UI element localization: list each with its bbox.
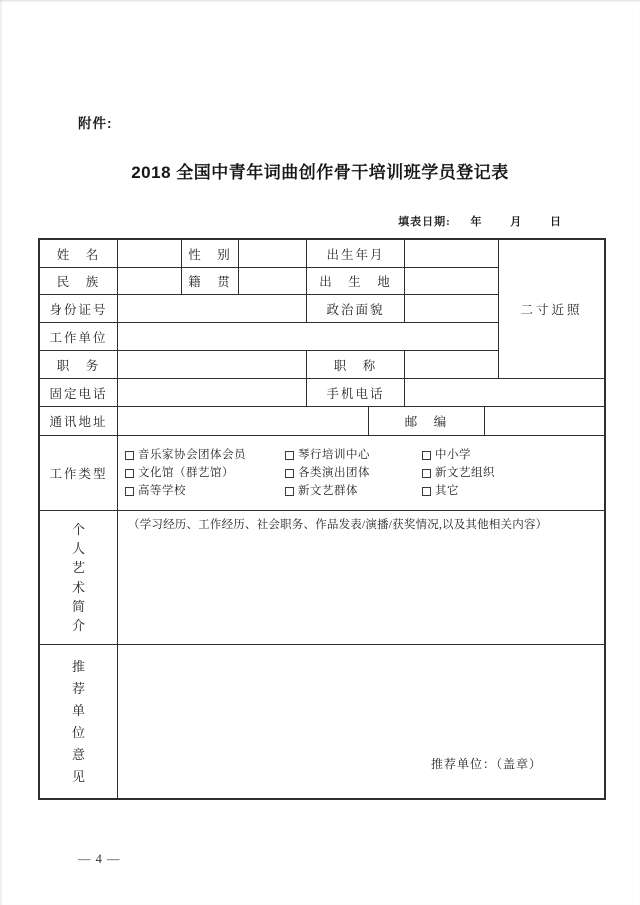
row-name: 姓 名 性 别 出生年月 — [40, 240, 499, 268]
row-id-number: 身份证号 政治面貌 — [40, 295, 499, 323]
address-input-cell[interactable] — [118, 407, 369, 435]
date-day-label: 日 — [550, 216, 562, 228]
work-type-option-label: 音乐家协会团体会员 — [138, 448, 246, 462]
work-type-column-2: 琴行培训中心 各类演出团体 新文艺群体 — [285, 448, 422, 498]
birth-place-input-cell[interactable] — [405, 268, 499, 294]
date-year-label: 年 — [471, 216, 483, 228]
work-type-option-label: 琴行培训中心 — [298, 448, 370, 462]
row-ethnicity: 民 族 籍 贯 出 生 地 — [40, 268, 499, 295]
page-number: — 4 — — [78, 852, 602, 867]
row-art-profile: 个 人 艺 术 简 介 （学习经历、工作经历、社会职务、作品发表/演播/获奖情况… — [40, 511, 604, 645]
form-title: 2018 全国中青年词曲创作骨干培训班学员登记表 — [38, 158, 602, 183]
work-type-label: 工作类型 — [40, 436, 118, 510]
name-input-cell[interactable] — [118, 240, 182, 267]
work-unit-label: 工作单位 — [40, 323, 118, 350]
position-label: 职 务 — [40, 351, 118, 378]
work-type-option[interactable]: 文化馆（群艺馆） — [125, 466, 285, 480]
gender-input-cell[interactable] — [239, 240, 307, 267]
political-status-label: 政治面貌 — [307, 295, 405, 322]
ethnicity-label: 民 族 — [40, 268, 118, 294]
work-type-option-label: 其它 — [435, 484, 459, 498]
vertical-label-char: 人 — [72, 542, 85, 555]
row-phones: 固定电话 手机电话 — [40, 379, 604, 407]
work-type-options-cell: 音乐家协会团体会员 文化馆（群艺馆） 高等学校 琴行培训中心 — [118, 436, 604, 510]
work-type-option[interactable]: 音乐家协会团体会员 — [125, 448, 285, 462]
vertical-label-char: 艺 — [72, 561, 85, 574]
work-type-option-label: 新文艺组织 — [435, 466, 495, 480]
form-date-line: 填表日期: 年 月 日 — [38, 213, 602, 229]
recommendation-label: 推 荐 单 位 意 见 — [40, 645, 118, 798]
birth-place-label: 出 生 地 — [307, 268, 405, 294]
work-type-option[interactable]: 其它 — [422, 484, 572, 498]
mobile-input-cell[interactable] — [405, 379, 604, 406]
vertical-label-char: 意 — [72, 748, 85, 761]
work-type-option[interactable]: 中小学 — [422, 448, 572, 462]
work-type-option[interactable]: 各类演出团体 — [285, 466, 422, 480]
work-type-column-3: 中小学 新文艺组织 其它 — [422, 448, 572, 498]
job-title-label: 职 称 — [307, 351, 405, 378]
native-place-input-cell[interactable] — [239, 268, 307, 294]
birth-date-label: 出生年月 — [307, 240, 405, 267]
work-type-option-label: 各类演出团体 — [298, 466, 370, 480]
work-type-option-label: 高等学校 — [138, 484, 186, 498]
gender-label: 性 别 — [182, 240, 239, 267]
checkbox-icon[interactable] — [422, 451, 431, 460]
ethnicity-input-cell[interactable] — [118, 268, 182, 294]
row-address: 通讯地址 邮 编 — [40, 407, 604, 436]
photo-placeholder-cell: 二寸近照 — [499, 240, 604, 378]
vertical-label-char: 见 — [72, 770, 85, 783]
vertical-label-char: 简 — [72, 600, 85, 613]
landline-label: 固定电话 — [40, 379, 118, 406]
registration-table: 姓 名 性 别 出生年月 民 族 籍 贯 出 生 地 身份证号 — [38, 238, 606, 800]
postcode-label: 邮 编 — [369, 407, 485, 435]
postcode-input-cell[interactable] — [485, 407, 604, 435]
row-position: 职 务 职 称 — [40, 351, 499, 378]
vertical-label-char: 个 — [72, 523, 85, 536]
work-type-option-label: 文化馆（群艺馆） — [138, 466, 234, 480]
work-type-option[interactable]: 新文艺群体 — [285, 484, 422, 498]
vertical-label-char: 介 — [72, 619, 85, 632]
date-label: 填表日期: — [398, 216, 451, 228]
table-top-section: 姓 名 性 别 出生年月 民 族 籍 贯 出 生 地 身份证号 — [40, 240, 604, 379]
work-unit-input-cell[interactable] — [118, 323, 499, 350]
attachment-label: 附件: — [78, 0, 602, 132]
checkbox-icon[interactable] — [422, 469, 431, 478]
work-type-option[interactable]: 新文艺组织 — [422, 466, 572, 480]
checkbox-icon[interactable] — [125, 451, 134, 460]
work-type-option-label: 中小学 — [435, 448, 471, 462]
art-profile-label: 个 人 艺 术 简 介 — [40, 511, 118, 644]
job-title-input-cell[interactable] — [405, 351, 499, 378]
id-number-input-cell[interactable] — [118, 295, 307, 322]
art-profile-input-cell[interactable]: （学习经历、工作经历、社会职务、作品发表/演播/获奖情况,以及其他相关内容） — [118, 511, 604, 644]
checkbox-icon[interactable] — [422, 487, 431, 496]
id-number-label: 身份证号 — [40, 295, 118, 322]
mobile-label: 手机电话 — [307, 379, 405, 406]
row-work-type: 工作类型 音乐家协会团体会员 文化馆（群艺馆） 高等学校 — [40, 436, 604, 511]
birth-date-input-cell[interactable] — [405, 240, 499, 267]
vertical-label-char: 荐 — [72, 682, 85, 695]
vertical-label-char: 位 — [72, 726, 85, 739]
date-month-label: 月 — [510, 216, 522, 228]
native-place-label: 籍 贯 — [182, 268, 239, 294]
position-input-cell[interactable] — [118, 351, 307, 378]
checkbox-icon[interactable] — [285, 469, 294, 478]
landline-input-cell[interactable] — [118, 379, 307, 406]
document-page: 附件: 2018 全国中青年词曲创作骨干培训班学员登记表 填表日期: 年 月 日… — [0, 0, 640, 905]
work-type-option[interactable]: 高等学校 — [125, 484, 285, 498]
art-profile-hint: （学习经历、工作经历、社会职务、作品发表/演播/获奖情况,以及其他相关内容） — [118, 511, 604, 534]
name-label: 姓 名 — [40, 240, 118, 267]
checkbox-icon[interactable] — [125, 469, 134, 478]
checkbox-icon[interactable] — [125, 487, 134, 496]
work-type-option-label: 新文艺群体 — [298, 484, 358, 498]
vertical-label-char: 推 — [72, 660, 85, 673]
checkbox-icon[interactable] — [285, 487, 294, 496]
row-recommendation: 推 荐 单 位 意 见 推荐单位：（盖章） — [40, 645, 604, 798]
work-type-option[interactable]: 琴行培训中心 — [285, 448, 422, 462]
checkbox-icon[interactable] — [285, 451, 294, 460]
vertical-label-char: 单 — [72, 704, 85, 717]
row-work-unit: 工作单位 — [40, 323, 499, 351]
work-type-column-1: 音乐家协会团体会员 文化馆（群艺馆） 高等学校 — [125, 448, 285, 498]
recommendation-seal-text: 推荐单位：（盖章） — [431, 755, 542, 772]
address-label: 通讯地址 — [40, 407, 118, 435]
vertical-label-char: 术 — [72, 581, 85, 594]
recommendation-input-cell[interactable]: 推荐单位：（盖章） — [118, 645, 604, 798]
political-status-input-cell[interactable] — [405, 295, 499, 322]
